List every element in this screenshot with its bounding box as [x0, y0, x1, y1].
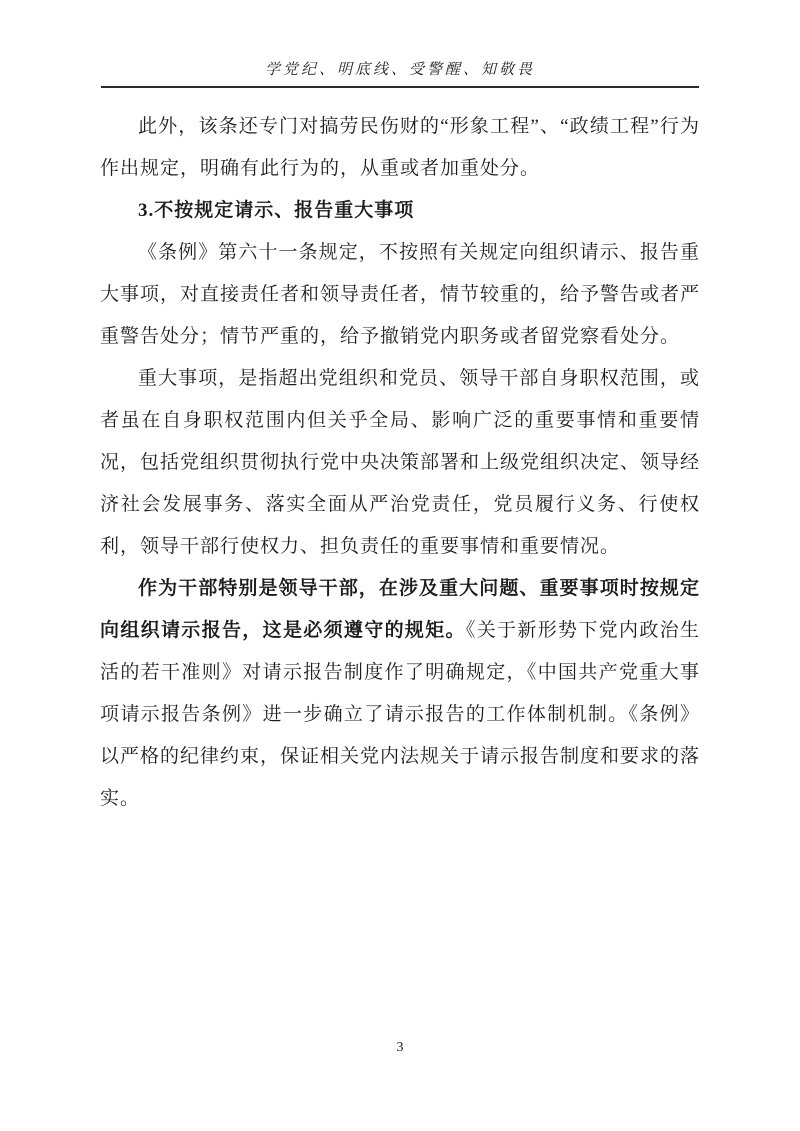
page-footer: 3 — [0, 1040, 800, 1056]
header-rule — [101, 86, 699, 88]
section-heading: 3.不按规定请示、报告重大事项 — [100, 190, 700, 232]
page-number: 3 — [397, 1040, 404, 1055]
paragraph-intro: 此外，该条还专门对搞劳民伤财的“形象工程”、“政绩工程”行为作出规定，明确有此行… — [100, 106, 700, 190]
header-title: 学党纪、明底线、受警醒、知敬畏 — [0, 58, 800, 79]
document-page: 学党纪、明底线、受警醒、知敬畏 此外，该条还专门对搞劳民伤财的“形象工程”、“政… — [0, 0, 800, 1131]
paragraph-definition: 重大事项，是指超出党组织和党员、领导干部自身职权范围，或者虽在自身职权范围内但关… — [100, 358, 700, 568]
document-body: 此外，该条还专门对搞劳民伤财的“形象工程”、“政绩工程”行为作出规定，明确有此行… — [100, 106, 700, 820]
paragraph-conclusion: 作为干部特别是领导干部，在涉及重大问题、重要事项时按规定向组织请示报告，这是必须… — [100, 568, 700, 820]
paragraph-regulation: 《条例》第六十一条规定，不按照有关规定向组织请示、报告重大事项，对直接责任者和领… — [100, 232, 700, 358]
paragraph-conclusion-rest: 《关于新形势下党内政治生活的若干准则》对请示报告制度作了明确规定，《中国共产党重… — [100, 620, 700, 809]
